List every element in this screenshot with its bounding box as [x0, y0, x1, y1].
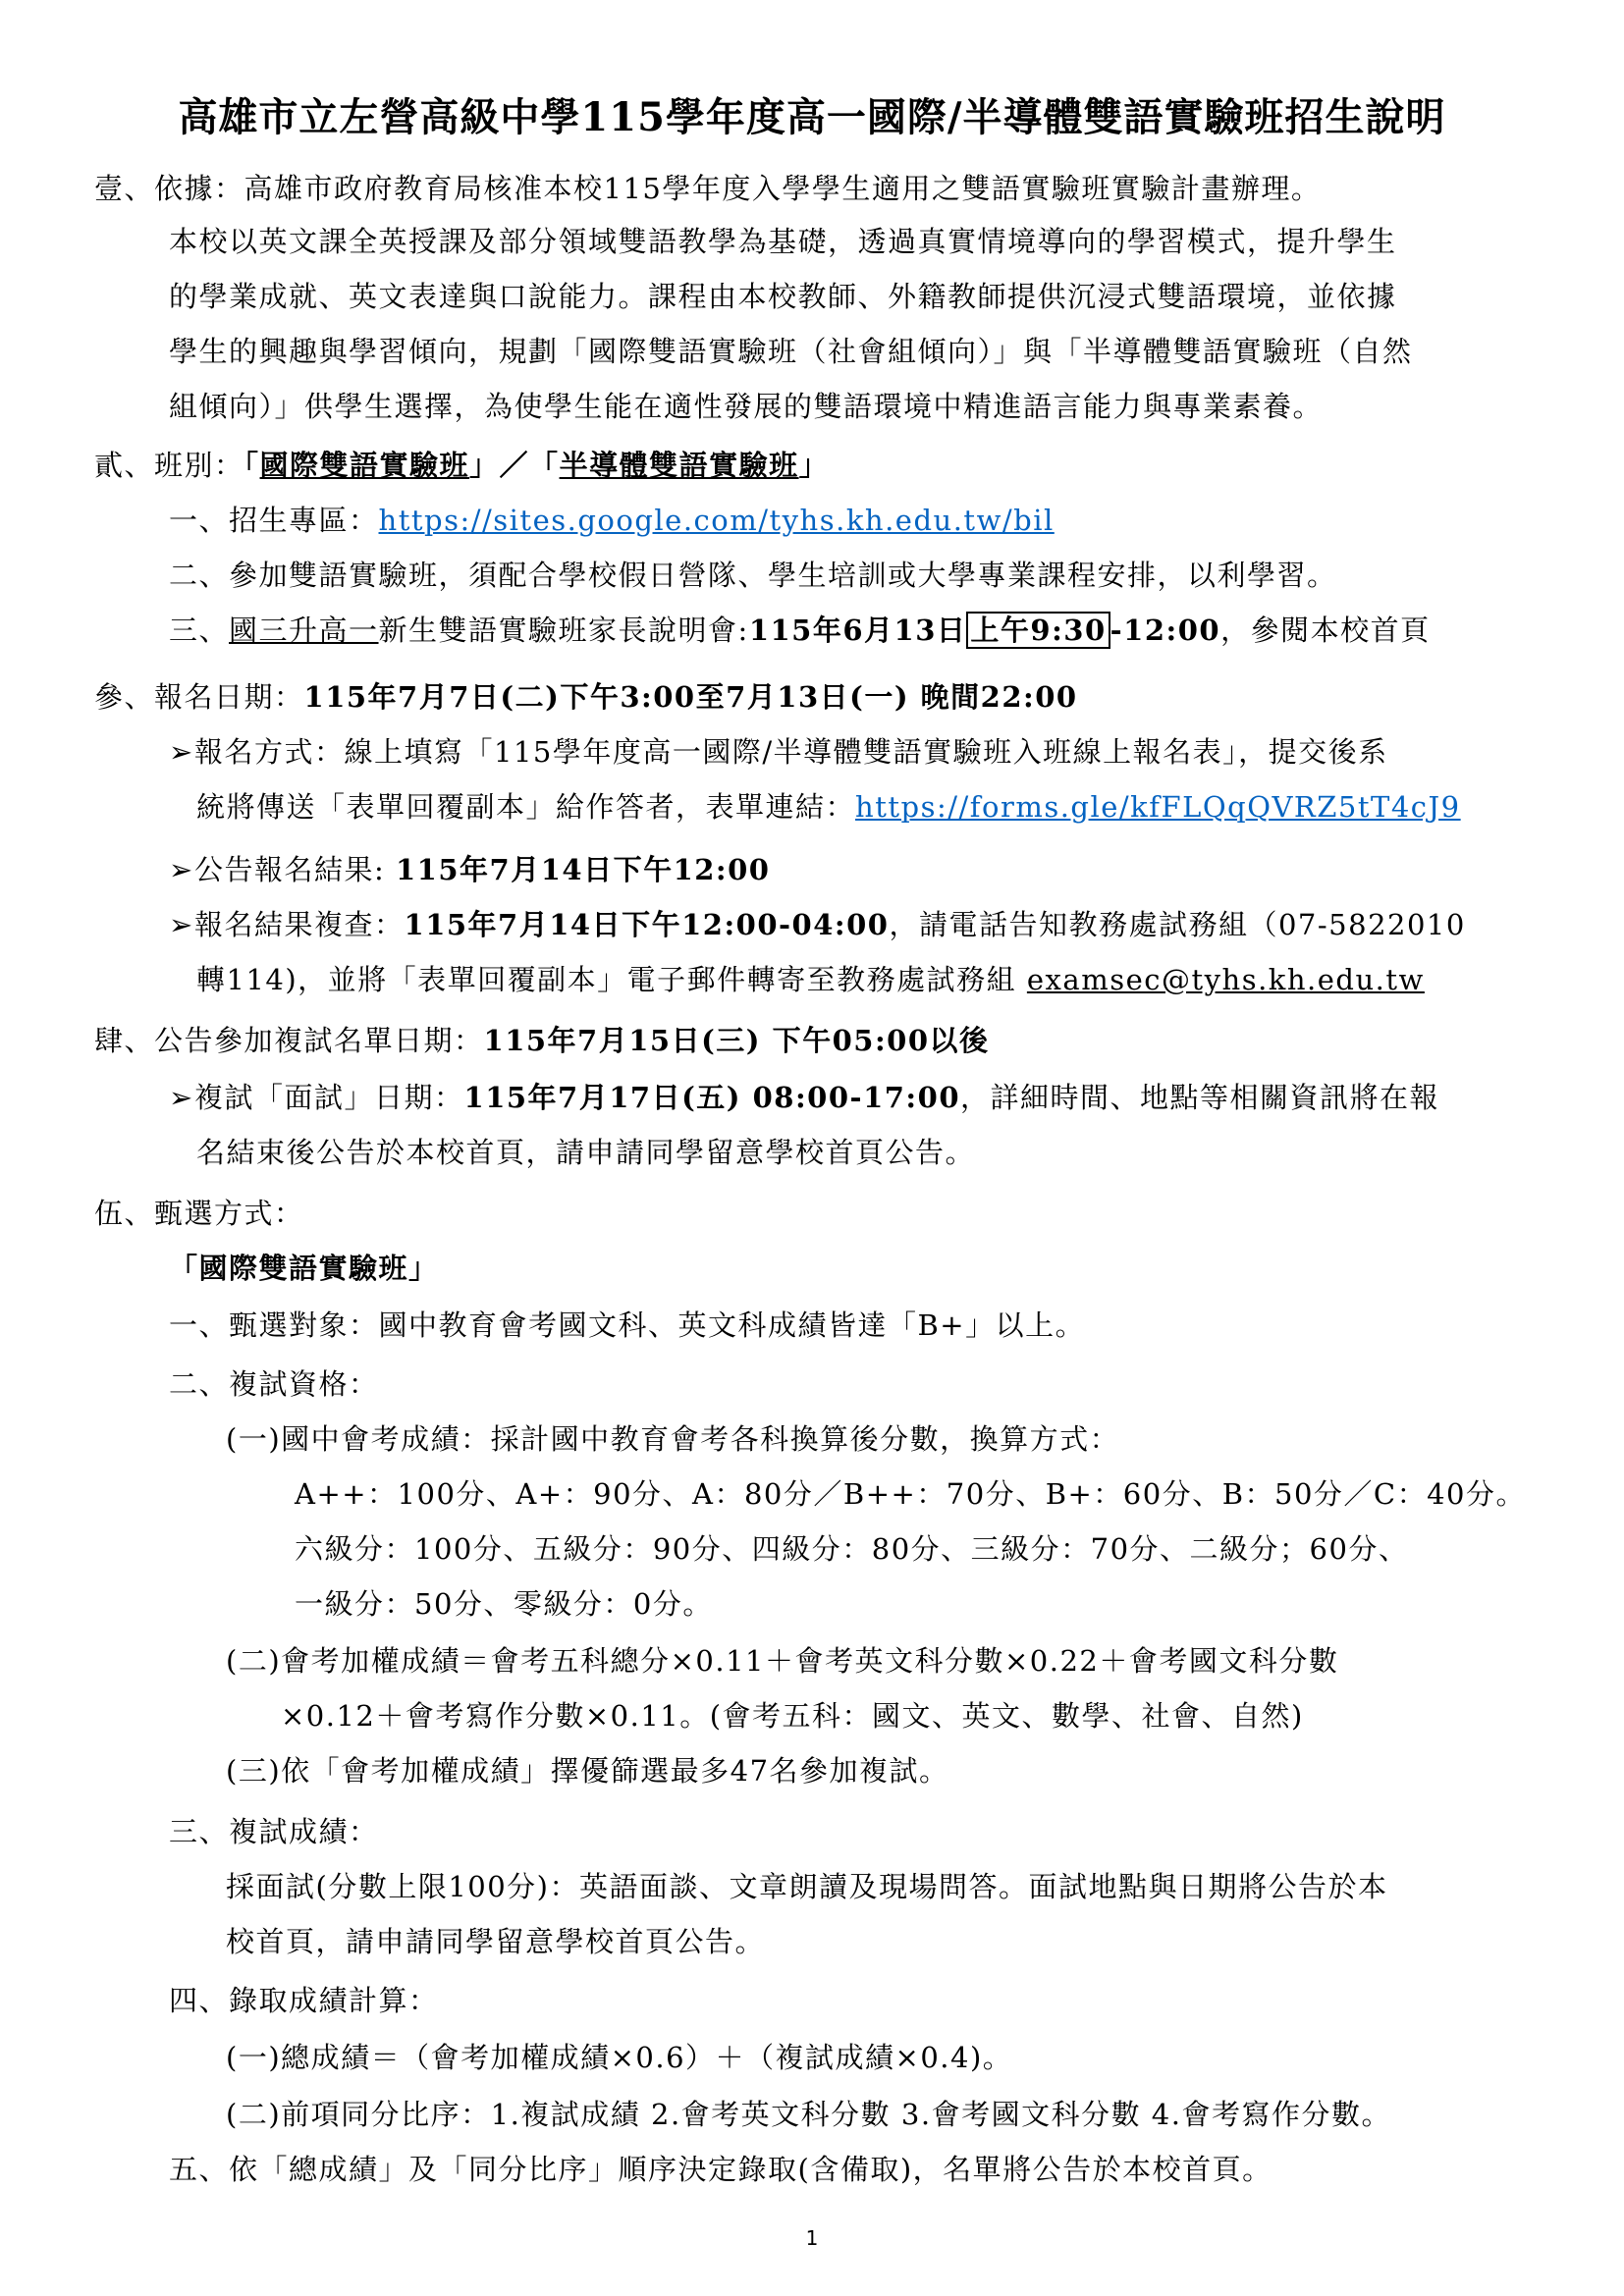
briefing-note: ，參閱本校首頁: [1220, 614, 1431, 647]
class-heading-international: 「國際雙語實驗班」: [169, 1249, 439, 1288]
weighted-score-formula: (二)會考加權成績＝會考五科總分×0.11＋會考英文科分數×0.22＋會考國文科…: [226, 1641, 1338, 1681]
briefing-label: 新生雙語實驗班家長說明會:: [379, 614, 749, 647]
separator: 」／「: [469, 449, 560, 482]
paragraph-line: 的學業成就、英文表達與口說能力。課程由本校教師、外籍教師提供沉浸式雙語環境，並依…: [169, 277, 1397, 316]
weighted-score-formula-cont: ×0.12＋會考寫作分數×0.11。(會考五科：國文、英文、數學、社會、自然): [281, 1696, 1304, 1735]
arrow-bullet-icon: ➢: [169, 1078, 194, 1117]
class-semiconductor: 半導體雙語實驗班: [560, 449, 799, 482]
review-label: 報名結果複查：: [194, 908, 405, 941]
arrow-bullet-icon: ➢: [169, 732, 194, 772]
grade-transition: 國三升高一: [229, 614, 379, 647]
section-3-label: 參、報名日期：: [94, 680, 304, 714]
form-link[interactable]: https://forms.gle/kfFLQqQVRZ5tT4cJ9: [855, 790, 1461, 824]
selection-target: 一、甄選對象：國中教育會考國文科、英文科成績皆達「B+」以上。: [169, 1306, 1085, 1345]
interview-text-cont: 名結束後公告於本校首頁，請申請同學留意學校首頁公告。: [196, 1133, 975, 1172]
retest-score-text: 採面試(分數上限100分)：英語面談、文章朗讀及現場問答。面試地點與日期將公告於…: [226, 1867, 1387, 1906]
admission-score-heading: 四、錄取成績計算：: [169, 1981, 439, 2020]
registration-review: ➢報名結果複查：115年7月14日下午12:00-04:00，請電話告知教務處試…: [169, 905, 1466, 944]
registration-review-cont: 轉114)，並將「表單回覆副本」電子郵件轉寄至教務處試務組 examsec@ty…: [196, 960, 1425, 999]
interview-date: ➢複試「面試」日期：115年7月17日(五) 08:00-17:00，詳細時間、…: [169, 1078, 1439, 1117]
interview-datetime: 115年7月17日(五) 08:00-17:00: [464, 1081, 960, 1114]
paragraph-line: 組傾向）」供學生選擇，為使學生能在適性發展的雙語環境中精進語言能力與專業素養。: [169, 387, 1323, 426]
section-4-label: 肆、公告參加複試名單日期：: [94, 1024, 484, 1057]
admission-decision: 五、依「總成績」及「同分比序」順序決定錄取(含備取)，名單將公告於本校首頁。: [169, 2150, 1272, 2189]
method-text: 統將傳送「表單回覆副本」給作答者，表單連結：: [196, 790, 855, 824]
result-label: 公告報名結果:: [194, 853, 396, 886]
section-1-basis: 壹、依據：高雄市政府教育局核准本校115學年度入學學生適用之雙語實驗班實驗計畫辦…: [94, 169, 1321, 208]
arrow-bullet-icon: ➢: [169, 850, 194, 889]
bracket: 「: [244, 449, 260, 482]
section-2-item-2: 二、參加雙語實驗班，須配合學校假日營隊、學生培訓或大學專業課程安排，以利學習。: [169, 556, 1337, 595]
method-text: 報名方式：線上填寫「115學年度高一國際/半導體雙語實驗班入班線上報名表」，提交…: [194, 735, 1388, 769]
registration-date: 115年7月7日(二)下午3:00至7月13日(一) 晚間22:00: [304, 680, 1078, 714]
registration-method: ➢報名方式：線上填寫「115學年度高一國際/半導體雙語實驗班入班線上報名表」，提…: [169, 732, 1388, 772]
item-label: 三、: [169, 614, 229, 647]
section-1-label: 壹、依據：: [94, 172, 244, 205]
paragraph-line: 本校以英文課全英授課及部分領域雙語教學為基礎，透過真實情境導向的學習模式，提升學…: [169, 222, 1397, 261]
section-1-text: 高雄市政府教育局核准本校115學年度入學學生適用之雙語實驗班實驗計畫辦理。: [244, 172, 1322, 205]
retest-quota: (三)依「會考加權成績」擇優篩選最多47名參加複試。: [226, 1751, 949, 1790]
page-number: 1: [0, 2226, 1624, 2250]
retest-score-text-cont: 校首頁，請申請同學留意學校首頁公告。: [226, 1922, 765, 1961]
retest-score-heading: 三、複試成績：: [169, 1812, 379, 1851]
section-5-label: 伍、甄選方式：: [94, 1194, 304, 1233]
review-text: ，請電話告知教務處試務組（07-5822010: [889, 908, 1465, 941]
section-2-item-1: 一、招生專區：https://sites.google.com/tyhs.kh.…: [169, 501, 1055, 540]
item-label: 一、招生專區：: [169, 504, 379, 537]
document-title: 高雄市立左營高級中學115學年度高一國際/半導體雙語實驗班招生說明: [0, 86, 1624, 142]
registration-method-cont: 統將傳送「表單回覆副本」給作答者，表單連結：https://forms.gle/…: [196, 787, 1461, 827]
paragraph-line: 學生的興趣與學習傾向，規劃「國際雙語實驗班（社會組傾向）」與「半導體雙語實驗班（…: [169, 332, 1413, 371]
interview-label: 複試「面試」日期：: [194, 1081, 464, 1114]
exam-email-link[interactable]: examsec@tyhs.kh.edu.tw: [1027, 963, 1425, 996]
briefing-date: 115年6月13日: [749, 614, 967, 647]
cap-score: (一)國中會考成績：採計國中教育會考各科換算後分數，換算方式：: [226, 1419, 1119, 1459]
review-date: 115年7月14日下午12:00-04:00: [405, 908, 890, 941]
section-4-announcement: 肆、公告參加複試名單日期：115年7月15日(三) 下午05:00以後: [94, 1021, 990, 1060]
bracket: 」: [799, 449, 830, 482]
retest-qualification: 二、複試資格：: [169, 1364, 379, 1404]
tiebreak-order: (二)前項同分比序：1.複試成績 2.會考英文科分數 3.會考國文科分數 4.會…: [226, 2095, 1391, 2134]
section-2-label: 貳、班別：: [94, 449, 244, 482]
admission-site-link[interactable]: https://sites.google.com/tyhs.kh.edu.tw/…: [379, 504, 1055, 537]
section-3-registration: 參、報名日期：115年7月7日(二)下午3:00至7月13日(一) 晚間22:0…: [94, 677, 1078, 717]
cap-conversion-writing-cont: 一級分：50分、零級分：0分。: [295, 1584, 713, 1624]
section-2-item-3: 三、國三升高一新生雙語實驗班家長說明會:115年6月13日上午9:30-12:0…: [169, 611, 1431, 650]
total-score-formula: (一)總成績＝（會考加權成績×0.6）＋（複試成績×0.4)。: [226, 2038, 1012, 2077]
cap-conversion-writing: 六級分：100分、五級分：90分、四級分：80分、三級分：70分、二級分；60分…: [295, 1529, 1408, 1569]
briefing-end-time: -12:00: [1110, 614, 1220, 647]
cap-conversion-grades: A++：100分、A+：90分、A：80分／B++：70分、B+：60分、B：5…: [295, 1474, 1526, 1514]
announcement-date: 115年7月15日(三) 下午05:00以後: [484, 1024, 990, 1057]
arrow-bullet-icon: ➢: [169, 905, 194, 944]
document-page: 高雄市立左營高級中學115學年度高一國際/半導體雙語實驗班招生說明 壹、依據：高…: [0, 0, 1624, 2296]
registration-result: ➢公告報名結果: 115年7月14日下午12:00: [169, 850, 771, 889]
briefing-start-time: 上午9:30: [966, 612, 1110, 649]
class-international: 國際雙語實驗班: [260, 449, 470, 482]
interview-text: ，詳細時間、地點等相關資訊將在報: [960, 1081, 1439, 1114]
review-text: 轉114)，並將「表單回覆副本」電子郵件轉寄至教務處試務組: [196, 963, 1027, 996]
section-2-classes: 貳、班別：「國際雙語實驗班」／「半導體雙語實驗班」: [94, 446, 829, 485]
result-date: 115年7月14日下午12:00: [396, 853, 771, 886]
